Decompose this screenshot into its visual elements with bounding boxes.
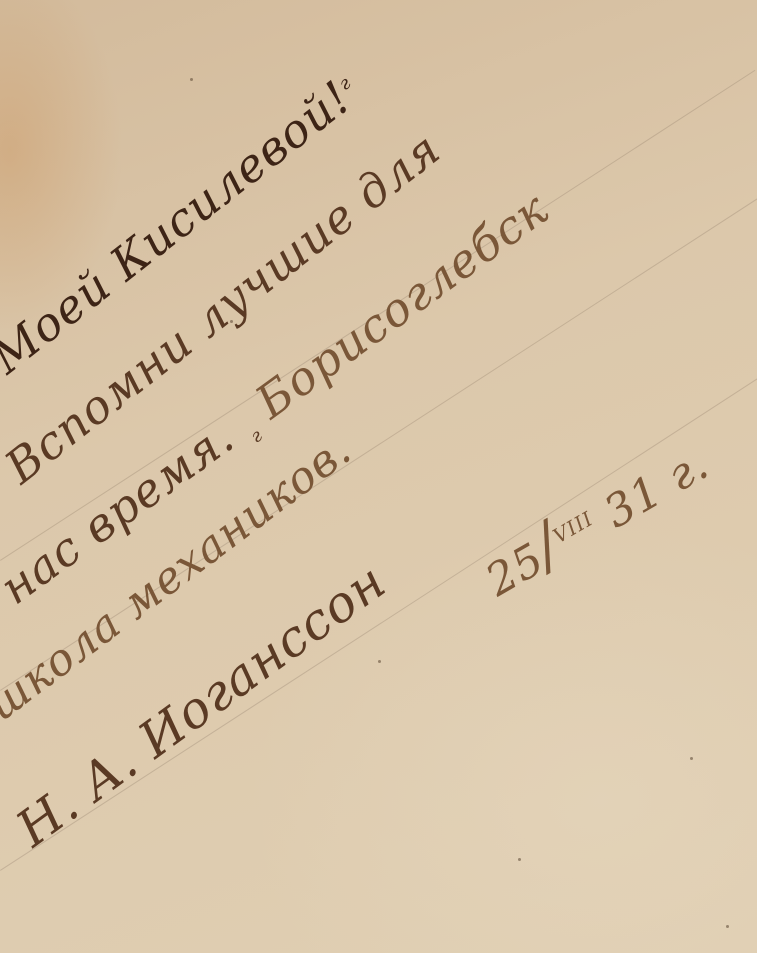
paper-speck <box>230 320 233 323</box>
paper-speck <box>726 925 729 928</box>
paper-speck <box>378 660 381 663</box>
paper-speck <box>190 78 193 81</box>
paper-speck <box>518 858 521 861</box>
paper-speck <box>690 757 693 760</box>
